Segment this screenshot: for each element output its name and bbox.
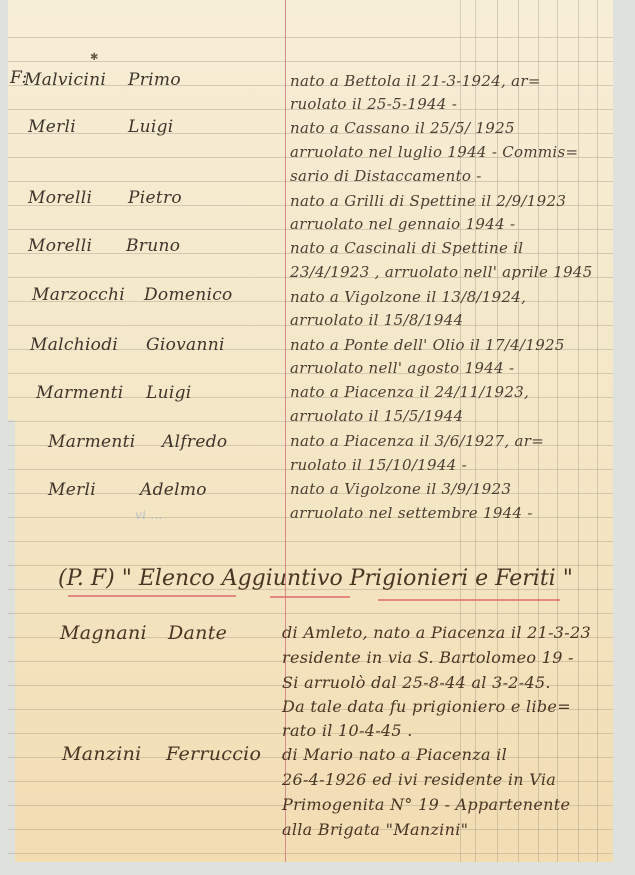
entry-description-line: Da tale data fu prigioniero e libe= bbox=[282, 697, 571, 716]
entry-surname: Morelli bbox=[28, 236, 92, 256]
paper-sheet-upper bbox=[8, 0, 613, 420]
entry-given-name: Bruno bbox=[126, 236, 180, 256]
entry-given-name: Luigi bbox=[128, 117, 174, 137]
entry-description-line: nato a Cascinali di Spettine il bbox=[290, 239, 523, 257]
section-2-title: (P. F) " Elenco Aggiuntivo Prigionieri e… bbox=[58, 566, 573, 591]
entry-surname: Marmenti bbox=[36, 383, 123, 403]
entry-description-line: Primogenita N° 19 - Appartenente bbox=[282, 795, 570, 814]
entry-surname: Merli bbox=[48, 480, 96, 500]
entry-description-line: sario di Distaccamento - bbox=[290, 167, 482, 185]
entry-description-line: nato a Grilli di Spettine il 2/9/1923 bbox=[290, 192, 566, 210]
entry-given-name: Giovanni bbox=[146, 335, 225, 355]
entry-description-line: arruolato nell' agosto 1944 - bbox=[290, 359, 514, 377]
entry-description-line: residente in via S. Bartolomeo 19 - bbox=[282, 648, 574, 667]
faint-pencil-note: vi ... bbox=[135, 508, 163, 522]
entry-given-name: Adelmo bbox=[140, 480, 207, 500]
entry-surname: Manzini bbox=[62, 743, 142, 765]
entry-given-name: Primo bbox=[128, 70, 181, 90]
grid-line bbox=[557, 0, 558, 862]
entry-description-line: Si arruolò dal 25-8-44 al 3-2-45. bbox=[282, 673, 551, 692]
entry-description-line: di Amleto, nato a Piacenza il 21-3-23 bbox=[282, 623, 591, 642]
entry-description-line: arruolato nel settembre 1944 - bbox=[290, 504, 533, 522]
entry-description-line: nato a Piacenza il 3/6/1927, ar= bbox=[290, 432, 544, 450]
entry-given-name: Pietro bbox=[128, 188, 182, 208]
entry-description-line: 23/4/1923 , arruolato nell' aprile 1945 bbox=[290, 263, 593, 281]
entry-description-line: arruolato nel gennaio 1944 - bbox=[290, 215, 515, 233]
entry-given-name: Ferruccio bbox=[166, 743, 261, 765]
grid-line bbox=[518, 0, 519, 862]
entry-description-line: ruolato il 15/10/1944 - bbox=[290, 456, 467, 474]
entry-description-line: arruolato il 15/8/1944 bbox=[290, 311, 463, 329]
grid-line bbox=[597, 0, 598, 862]
entry-surname: Magnani bbox=[60, 622, 147, 644]
ink-mark: ✱ bbox=[90, 52, 98, 63]
entry-description-line: 26-4-1926 ed ivi residente in Via bbox=[282, 770, 556, 789]
entry-description-line: nato a Ponte dell' Olio il 17/4/1925 bbox=[290, 336, 565, 354]
entry-description-line: arruolato il 15/5/1944 bbox=[290, 407, 463, 425]
entry-surname: Merli bbox=[28, 117, 76, 137]
entry-surname: Malvicini bbox=[24, 70, 106, 90]
entry-given-name: Luigi bbox=[146, 383, 192, 403]
entry-surname: Malchiodi bbox=[30, 335, 118, 355]
entry-given-name: Dante bbox=[168, 622, 227, 644]
entry-description-line: arruolato nel luglio 1944 - Commis= bbox=[290, 143, 578, 161]
entry-description-line: nato a Cassano il 25/5/ 1925 bbox=[290, 119, 515, 137]
title-underline bbox=[378, 599, 560, 601]
entry-description-line: nato a Vigolzone il 13/8/1924, bbox=[290, 288, 526, 306]
title-underline bbox=[270, 596, 350, 598]
entry-surname: Marmenti bbox=[48, 432, 135, 452]
grid-line bbox=[538, 0, 539, 862]
entry-description-line: alla Brigata "Manzini" bbox=[282, 820, 468, 839]
entry-given-name: Alfredo bbox=[162, 432, 227, 452]
entry-description-line: ruolato il 25-5-1944 - bbox=[290, 95, 457, 113]
entry-description-line: rato il 10-4-45 . bbox=[282, 721, 413, 740]
entry-description-line: nato a Vigolzone il 3/9/1923 bbox=[290, 480, 511, 498]
entry-description-line: nato a Bettola il 21-3-1924, ar= bbox=[290, 72, 541, 90]
entry-given-name: Domenico bbox=[144, 285, 233, 305]
entry-description-line: nato a Piacenza il 24/11/1923, bbox=[290, 383, 529, 401]
entry-surname: Marzocchi bbox=[32, 285, 125, 305]
grid-line bbox=[578, 0, 579, 862]
title-underline bbox=[68, 595, 236, 597]
entry-surname: Morelli bbox=[28, 188, 92, 208]
entry-description-line: di Mario nato a Piacenza il bbox=[282, 745, 507, 764]
